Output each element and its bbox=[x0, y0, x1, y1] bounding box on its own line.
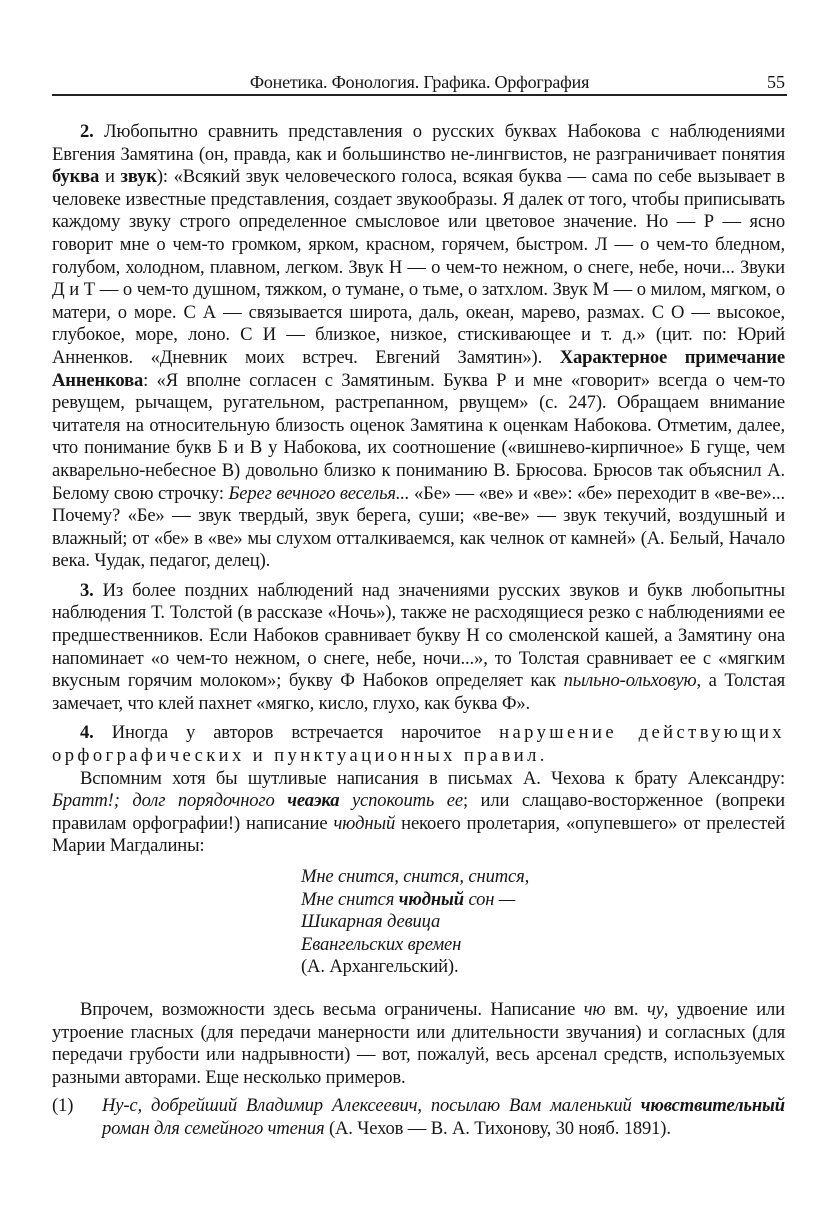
poem-line: Мне снится чюдный сон — bbox=[301, 889, 785, 912]
italic-quote: Ну-с, добрейший Владимир Алексеевич, пос… bbox=[102, 1095, 641, 1116]
bold-italic-word: чеаэка bbox=[287, 790, 339, 811]
paragraph-section-3: 3. Из более поздних наблюдений над значе… bbox=[52, 580, 785, 716]
section-number: 3. bbox=[80, 580, 94, 601]
bold-term: звук bbox=[121, 166, 157, 187]
citation: (А. Чехов — В. А. Тихонову, 30 нояб. 189… bbox=[324, 1118, 670, 1139]
paragraph-chekhov-examples: Вспомним хотя бы шутливые написания в пи… bbox=[52, 768, 785, 858]
paragraph-closing: Впрочем, возможности здесь весьма ограни… bbox=[52, 999, 785, 1089]
page-number: 55 bbox=[767, 72, 785, 93]
paragraph-section-2: 2. Любопытно сравнить представления о ру… bbox=[52, 121, 785, 573]
page-body: 2. Любопытно сравнить представления о ру… bbox=[52, 121, 785, 1141]
poem-attribution: (А. Архангельский). bbox=[301, 956, 785, 979]
italic-quote: Берег вечного веселья... bbox=[228, 483, 409, 504]
bold-term: буква bbox=[52, 166, 99, 187]
section-number: 2. bbox=[80, 121, 94, 142]
bold-italic-word: чювствительный bbox=[641, 1095, 785, 1116]
running-title: Фонетика. Фонология. Графика. Орфография bbox=[52, 72, 727, 93]
italic-quote: Братт!; долг порядочного bbox=[52, 790, 287, 811]
italic-quote: роман для семейного чтения bbox=[102, 1118, 324, 1139]
italic-term: пыльно-ольховую bbox=[564, 670, 697, 691]
paragraph-section-4: 4. Иногда у авторов встречается нарочито… bbox=[52, 722, 785, 767]
example-1: (1)Ну-с, добрейший Владимир Алексеевич, … bbox=[52, 1095, 785, 1140]
page-header: Фонетика. Фонология. Графика. Орфография… bbox=[52, 70, 787, 96]
italic-word: чу bbox=[647, 999, 664, 1020]
italic-word: чю bbox=[584, 999, 606, 1020]
poem-line: Евангельских времен bbox=[301, 934, 785, 957]
italic-word: чюдный bbox=[334, 813, 396, 834]
poem-line: Мне снится, снится, снится, bbox=[301, 866, 785, 889]
example-number: (1) bbox=[52, 1095, 73, 1118]
section-number: 4. bbox=[80, 722, 94, 743]
italic-quote: успокоить ее bbox=[339, 790, 463, 811]
bold-word: чюдный bbox=[399, 889, 464, 910]
poem-quote: Мне снится, снится, снится, Мне снится ч… bbox=[301, 866, 785, 979]
poem-line: Шикарная девица bbox=[301, 911, 785, 934]
